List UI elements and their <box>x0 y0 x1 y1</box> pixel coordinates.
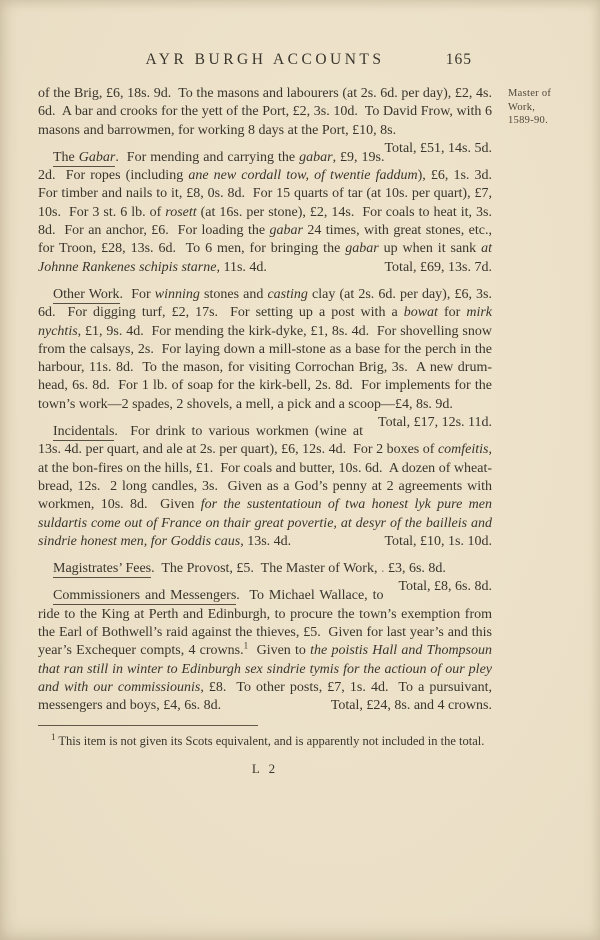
footnote-text: This item is not given its Scots equival… <box>58 734 484 748</box>
text-run: . The Provost, £5. The Master of Work, <box>151 561 377 576</box>
total-amount: Total, £10, 1s. 10d. <box>369 533 492 551</box>
section-heading: Gabar <box>79 150 116 167</box>
margin-note-line: 1589-90. <box>508 114 592 128</box>
running-header: AYR BURGH ACCOUNTS 165 <box>38 51 492 73</box>
paragraph-magistrates-fees: Magistrates’ Fees. The Provost, £5. The … <box>38 560 492 578</box>
total-amount: Total, £69, 13s. 7d. <box>369 259 492 277</box>
text-run: stones and <box>200 287 268 302</box>
margin-note: Master of Work, 1589-90. <box>508 87 592 128</box>
text-run: , £1, 9s. 4d. For mending the kirk-dyke,… <box>38 324 496 412</box>
text-run: gabar <box>345 241 378 256</box>
paragraphs-container: of the Brig, £6, 18s. 9d. To the masons … <box>38 85 492 716</box>
footnote: 1 This item is not given its Scots equiv… <box>38 733 492 751</box>
footnote-marker: 1 <box>51 731 56 741</box>
text-run: ane new cordall tow, of twentie faddum <box>188 168 417 183</box>
text-run: casting <box>267 287 307 302</box>
text-run: gabar <box>299 150 332 165</box>
section-heading: Magistrates’ Fees <box>53 561 151 578</box>
body-text: of the Brig, £6, 18s. 9d. To the masons … <box>38 85 492 777</box>
text-run: for <box>438 305 466 320</box>
section-heading: Incidentals <box>53 424 114 441</box>
text-run: . For mending and carrying the <box>115 150 299 165</box>
text-run: rosett <box>165 205 196 220</box>
paragraph-other-work: Other Work. For winning stones and casti… <box>38 286 492 414</box>
text-run: Given to <box>248 643 310 658</box>
margin-note-line: Master of <box>508 87 592 101</box>
paragraph-incidentals: Incidentals. For drink to various workme… <box>38 423 492 551</box>
page-number: 165 <box>446 51 472 69</box>
total-amount: Total, £24, 8s. and 4 crowns. <box>316 697 492 715</box>
text-run: . For <box>120 287 155 302</box>
page-title: AYR BURGH ACCOUNTS <box>38 51 492 69</box>
text-run: winning <box>155 287 200 302</box>
text-run: . <box>377 561 384 576</box>
section-heading: Other Work <box>53 287 120 304</box>
text-run: up when it sank <box>379 241 481 256</box>
book-page: AYR BURGH ACCOUNTS 165 Master of Work, 1… <box>0 0 600 940</box>
total-amount: Total, £51, 14s. 5d. <box>384 140 492 158</box>
paragraph-brig-continuation: of the Brig, £6, 18s. 9d. To the masons … <box>38 85 492 140</box>
text-run: bowat <box>404 305 438 320</box>
total-amount: Total, £17, 12s. 11d. <box>363 414 492 432</box>
text-run: comfeitis <box>438 442 489 457</box>
section-heading: The <box>53 150 79 167</box>
section-heading: Commissioners and Messengers <box>53 588 236 605</box>
text-run: gabar <box>269 223 302 238</box>
text-run: of the Brig, £6, 18s. 9d. To the masons … <box>38 86 496 138</box>
text-run: £3, 6s. 8d. <box>384 561 445 576</box>
margin-note-line: Work, <box>508 101 592 115</box>
text-run: , 13s. 4d. <box>240 534 291 549</box>
signature-mark: L 2 <box>38 761 492 777</box>
paragraph-the-gabar: The Gabar. For mending and carrying the … <box>38 149 492 277</box>
text-run: , 11s. 4d. <box>216 260 266 275</box>
total-amount: Total, £8, 6s. 8d. <box>383 578 492 596</box>
footnote-separator <box>38 725 258 726</box>
paragraph-commissioners-and-messengers: Commissioners and Messengers. To Michael… <box>38 587 492 715</box>
